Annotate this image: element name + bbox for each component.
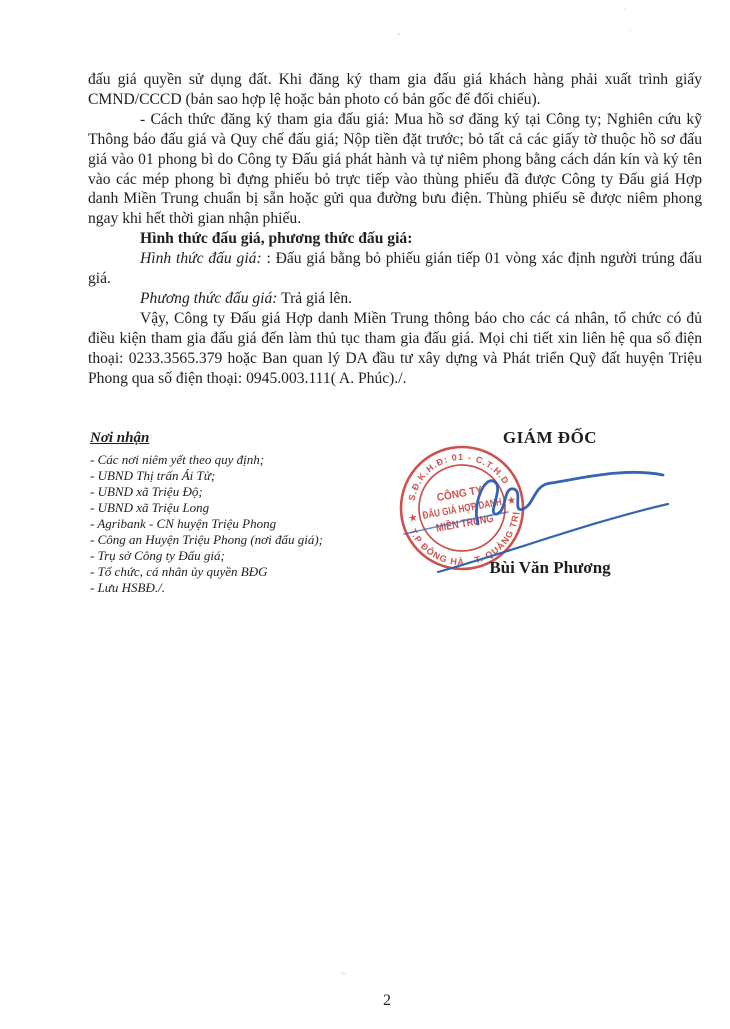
document-page: đấu giá quyền sử dụng đất. Khi đăng ký t… [0,0,730,1029]
recipient-item: - Lưu HSBĐ./. [90,580,400,596]
recipient-item: - UBND xã Triệu Độ; [90,484,400,500]
signer-name: Bùi Văn Phương [430,558,670,578]
scan-artifact [341,972,346,975]
recipient-item: - Trụ sở Công ty Đấu giá; [90,548,400,564]
recipient-item: - Công an Huyện Triệu Phong (nơi đấu giá… [90,532,400,548]
recipients-heading: Nơi nhận [90,430,400,447]
paragraph-auction-form: Hình thức đấu giá: : Đấu giá bằng bỏ phi… [88,249,702,289]
auction-form-label: Hình thức đấu giá: [140,250,262,267]
scan-artifact [624,8,626,10]
paragraph-auction-method: Phương thức đấu giá: Trả giá lên. [88,289,702,309]
document-body: đấu giá quyền sử dụng đất. Khi đăng ký t… [88,70,702,389]
page-number: 2 [0,992,730,1010]
recipient-item: - Các nơi niêm yết theo quy định; [90,452,400,468]
recipient-item: - Agribank - CN huyện Triệu Phong [90,516,400,532]
recipient-item: - UBND xã Triệu Long [90,500,400,516]
scan-artifact [397,33,400,35]
auction-method-label: Phương thức đấu giá: [140,290,278,307]
auction-method-text: Trả giá lên. [278,290,353,307]
recipient-item: - Tổ chức, cá nhân ủy quyền BĐG [90,564,400,580]
scan-artifact [629,30,631,32]
paragraph-registration-method: - Cách thức đăng ký tham gia đấu giá: Mu… [88,110,702,229]
recipient-item: - UBND Thị trấn Ái Tử; [90,468,400,484]
section-heading-auction-form: Hình thức đấu giá, phương thức đấu giá: [88,229,702,249]
paragraph-continuation: đấu giá quyền sử dụng đất. Khi đăng ký t… [88,70,702,110]
paragraph-closing: Vậy, Công ty Đấu giá Hợp danh Miền Trung… [88,309,702,389]
recipients-block: Nơi nhận - Các nơi niêm yết theo quy địn… [90,430,400,596]
